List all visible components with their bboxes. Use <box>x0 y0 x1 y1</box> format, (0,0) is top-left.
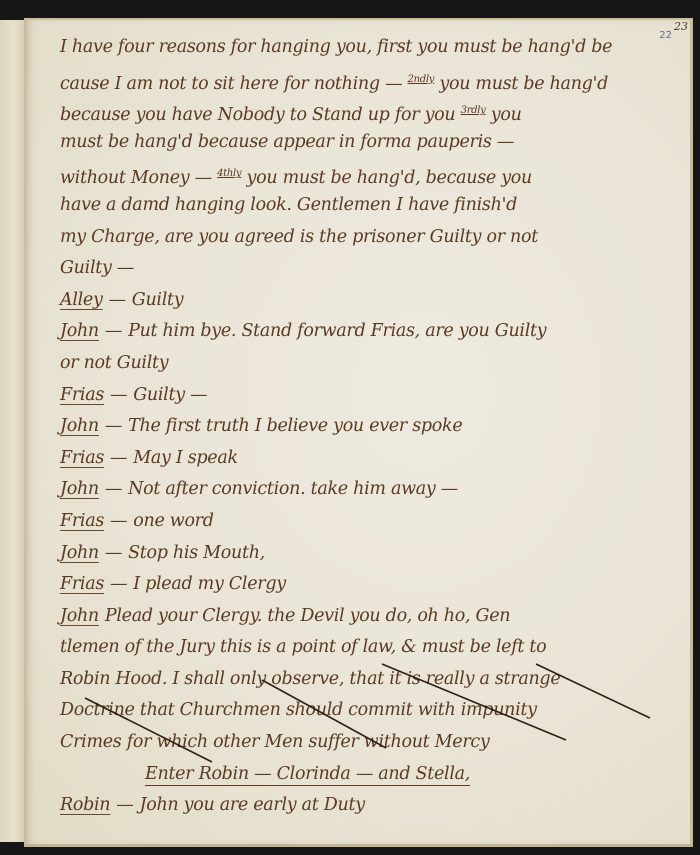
speaker-name: Frias <box>60 506 104 538</box>
stage-direction-line: Enter Robin — Clorinda — and Stella, <box>60 759 685 791</box>
text-line: tlemen of the Jury this is a point of la… <box>60 632 685 664</box>
dialogue-line: Frias—Guilty — <box>60 380 685 412</box>
text-line: my Charge, are you agreed is the prisone… <box>60 222 685 254</box>
text-line: without Money — 4thly you must be hang'd… <box>60 158 685 190</box>
dialogue-line: John—Put him bye. Stand forward Frias, a… <box>60 316 685 348</box>
dialogue-line: Frias—one word <box>60 506 685 538</box>
text-line: because you have Nobody to Stand up for … <box>60 95 685 127</box>
dialogue-line: Frias—May I speak <box>60 443 685 475</box>
text-line: Robin Hood. I shall only observe, that i… <box>60 664 685 696</box>
dialogue-line: John—Stop his Mouth, <box>60 538 685 570</box>
speaker-name: John <box>60 538 99 570</box>
speaker-name: John <box>60 601 99 633</box>
text-line: have a damd hanging look. Gentlemen I ha… <box>60 190 685 222</box>
ordinal-marker: 3rdly <box>461 105 486 116</box>
ordinal-marker: 2ndly <box>408 74 435 85</box>
stage-direction: Enter Robin — Clorinda — and Stella, <box>60 764 470 784</box>
previous-page-edge <box>0 20 26 842</box>
dialogue-line: Frias—I plead my Clergy <box>60 569 685 601</box>
manuscript-page: 22 23 I have four reasons for hanging yo… <box>24 18 693 847</box>
ordinal-marker: 4thly <box>217 168 241 179</box>
speaker-name: Frias <box>60 443 104 475</box>
dialogue-line: Alley—Guilty <box>60 285 685 317</box>
speaker-name: John <box>60 474 99 506</box>
speaker-name: John <box>60 316 99 348</box>
text-line: must be hang'd because appear in forma p… <box>60 127 685 159</box>
speaker-name: Alley <box>60 285 103 317</box>
speaker-name: Frias <box>60 380 104 412</box>
dialogue-line: John—The first truth I believe you ever … <box>60 411 685 443</box>
dialogue-line: JohnPlead your Clergy. the Devil you do,… <box>60 601 685 633</box>
text-line: Guilty — <box>60 253 685 285</box>
dialogue-line: John—Not after conviction. take him away… <box>60 474 685 506</box>
speaker-name: Robin <box>60 790 110 822</box>
speaker-name: John <box>60 411 99 443</box>
text-line: or not Guilty <box>60 348 685 380</box>
text-line: Doctrine that Churchmen should commit wi… <box>60 695 685 727</box>
speaker-name: Frias <box>60 569 104 601</box>
text-line: cause I am not to sit here for nothing —… <box>60 64 685 96</box>
manuscript-scan: 22 23 I have four reasons for hanging yo… <box>0 0 700 855</box>
manuscript-text: I have four reasons for hanging you, fir… <box>60 32 685 822</box>
text-line: Crimes for which other Men suffer withou… <box>60 727 685 759</box>
text-line: I have four reasons for hanging you, fir… <box>60 32 685 64</box>
dialogue-line: Robin—John you are early at Duty <box>60 790 685 822</box>
